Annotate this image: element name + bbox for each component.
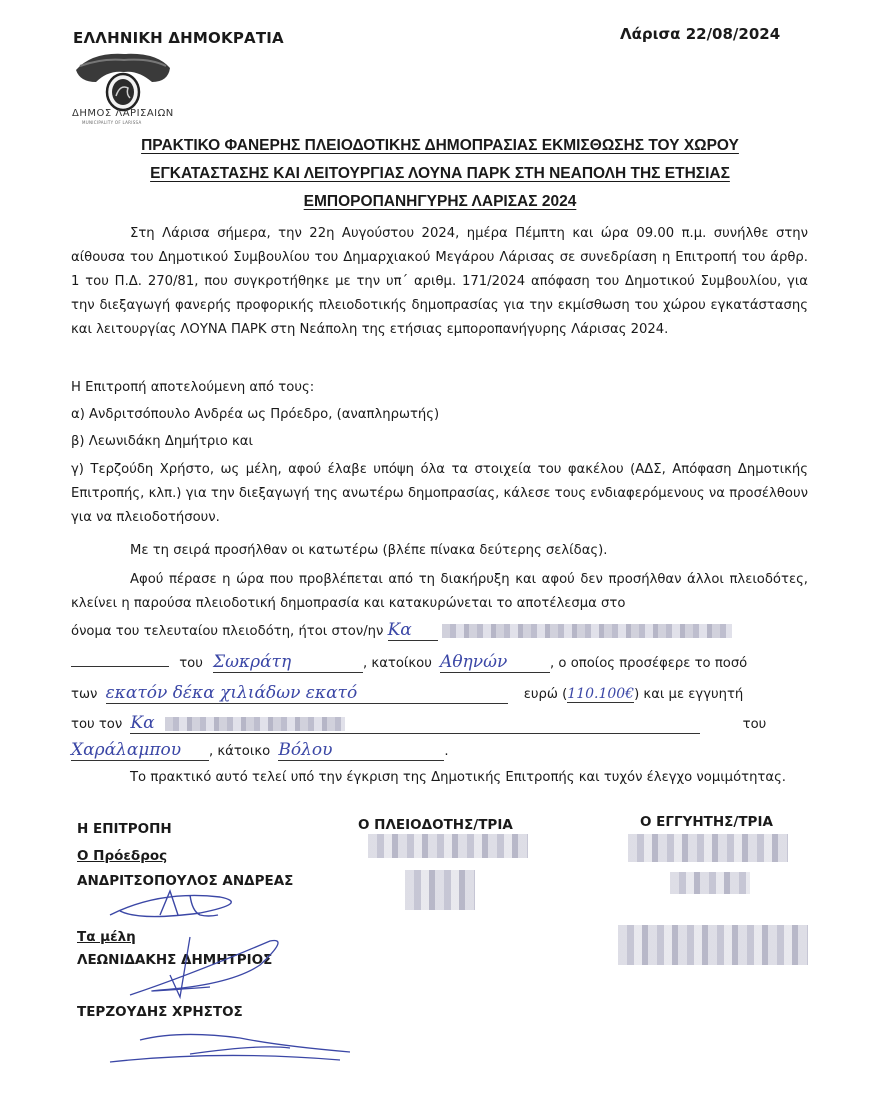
document-title-line-2: ΕΓΚΑΤΑΣΤΑΣΗΣ ΚΑΙ ΛΕΙΤΟΥΡΓΙΑΣ ΛΟΥΝΑ ΠΑΡΚ …: [60, 165, 820, 183]
redacted-bidder-name: [368, 834, 528, 858]
winner-line: όνομα του τελευταίου πλειοδότη, ήτοι στο…: [71, 620, 808, 641]
member-2-signature-icon: [100, 1030, 360, 1070]
blank-field: [71, 666, 169, 667]
member-1-signature-icon: [100, 935, 300, 1005]
president-signature-icon: [100, 885, 270, 925]
resident-label: , κατοίκου: [363, 656, 432, 671]
member-a: α) Ανδριτσόπουλο Ανδρέα ως Πρόεδρο, (ανα…: [71, 407, 808, 422]
approval-paragraph: Το πρακτικό αυτό τελεί υπό την έγκριση τ…: [71, 766, 808, 790]
euro-label: ευρώ (: [524, 687, 568, 702]
bidder-heading: Ο ΠΛΕΙΟΔΟΤΗΣ/ΤΡΙΑ: [358, 817, 513, 833]
father-name-field: Σωκράτη: [213, 652, 363, 673]
document-title-line-1: ΠΡΑΚΤΙΚΟ ΦΑΝΕΡΗΣ ΠΛΕΙΟΔΟΤΙΚΗΣ ΔΗΜΟΠΡΑΣΙΑ…: [60, 137, 820, 155]
guarantor-name-field: Κα: [130, 713, 700, 734]
guarantor-residence-line: Χαράλαμπου, κάτοικο Βόλου.: [71, 740, 808, 761]
guarantor-heading: Ο ΕΓΓΥΗΤΗΣ/ΤΡΙΑ: [640, 814, 773, 830]
of-the-label: του τον: [71, 717, 122, 732]
redacted-guarantor-signature: [618, 925, 808, 965]
redacted-winner-name: [442, 624, 732, 638]
intro-paragraph: Στη Λάρισα σήμερα, την 22η Αυγούστου 202…: [71, 222, 808, 342]
bidders-note: Με τη σειρά προσήλθαν οι κατωτέρω (βλέπε…: [130, 543, 867, 558]
member-c: γ) Τερζούδη Χρήστο, ως μέλη, αφού έλαβε …: [71, 458, 808, 530]
resident2-label: , κάτοικο: [209, 744, 270, 759]
winner-prefix: όνομα του τελευταίου πλειοδότη, ήτοι στο…: [71, 624, 383, 639]
winner-title-field: Κα: [388, 620, 438, 641]
redacted-guarantor-name: [165, 717, 345, 731]
closing-paragraph: Αφού πέρασε η ώρα που προβλέπεται από τη…: [71, 568, 808, 616]
of-label: του: [179, 656, 203, 671]
amount-number: 110.100€: [567, 686, 634, 703]
committee-intro: Η Επιτροπή αποτελούμενη από τους:: [71, 380, 808, 395]
father-residence-line: του Σωκράτη, κατοίκου Αθηνών, ο οποίος π…: [71, 652, 808, 673]
of-label-2: του: [743, 717, 767, 732]
guarantor-city-field: Βόλου: [278, 740, 444, 761]
member-b: β) Λεωνιδάκη Δημήτριο και: [71, 434, 808, 449]
offered-label: , ο οποίος προσέφερε το ποσό: [550, 656, 747, 671]
place-date: Λάρισα 22/08/2024: [620, 25, 780, 43]
amount-line: των εκατόν δέκα χιλιάδων εκατό ευρώ (110…: [71, 683, 808, 704]
redacted-guarantor-name-sig: [628, 834, 788, 862]
committee-heading: Η ΕΠΙΤΡΟΠΗ: [77, 821, 172, 837]
guarantor-label: ) και με εγγυητή: [634, 687, 743, 702]
of-plural-label: των: [71, 687, 97, 702]
guarantor-line: του τον Κα του: [71, 713, 808, 734]
logo-subcaption: MUNICIPALITY OF LARISSA: [82, 120, 142, 125]
republic-heading: ΕΛΛΗΝΙΚΗ ΔΗΜΟΚΡΑΤΙΑ: [73, 29, 284, 47]
city-field: Αθηνών: [440, 652, 550, 673]
amount-words-field: εκατόν δέκα χιλιάδων εκατό: [106, 683, 508, 704]
guarantor-father-field: Χαράλαμπου: [71, 740, 209, 761]
redacted-guarantor-detail: [670, 872, 750, 894]
redacted-bidder-signature: [405, 870, 475, 910]
logo-caption: ΔΗΜΟΣ ΛΑΡΙΣΑΙΩΝ: [72, 108, 174, 119]
president-label: Ο Πρόεδρος: [77, 848, 167, 864]
document-title-line-3: ΕΜΠΟΡΟΠΑΝΗΓΥΡΗΣ ΛΑΡΙΣΑΣ 2024: [60, 193, 820, 211]
member-2-name: ΤΕΡΖΟΥΔΗΣ ΧΡΗΣΤΟΣ: [77, 1004, 243, 1020]
